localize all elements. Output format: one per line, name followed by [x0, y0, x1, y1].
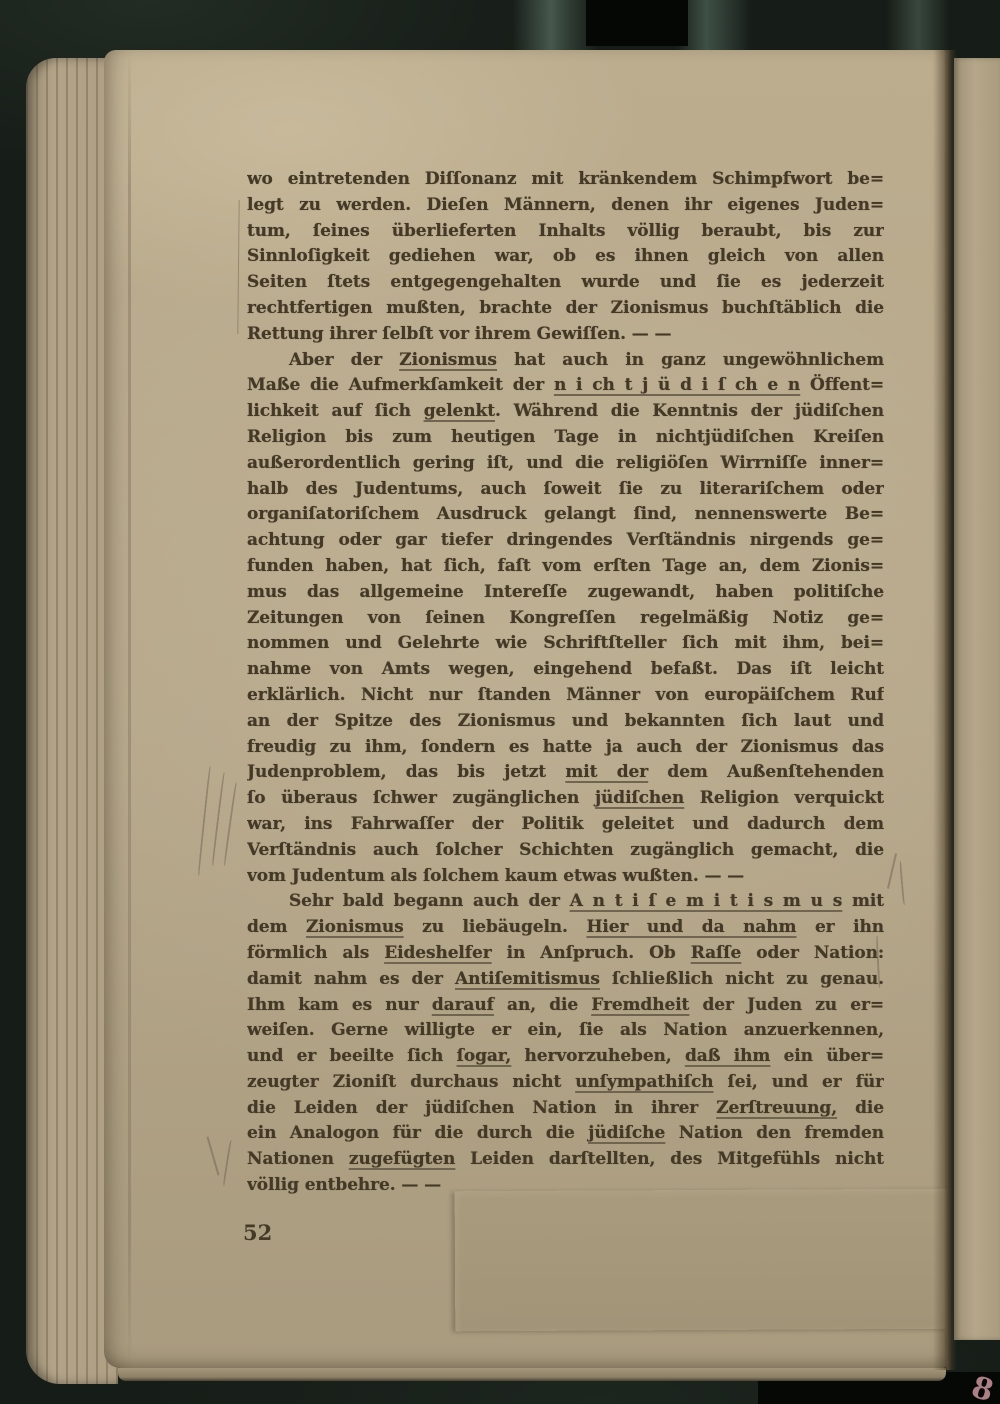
underlying-page-edges — [118, 1368, 946, 1381]
text-line: war, ins Fahrwaſſer der Politik geleitet… — [247, 812, 884, 838]
pencil-underlined-text: Raſſe — [691, 943, 741, 963]
text-line: Verſtändnis auch ſolcher Schichten zugän… — [247, 838, 884, 864]
pencil-underlined-text: Fremdheit — [591, 995, 689, 1015]
text-line: lichkeit auf ſich gelenkt. Während die K… — [247, 399, 884, 425]
paragraph: wo eintretenden Diſſonanz mit kränkendem… — [247, 167, 884, 348]
text-line: Nationen zugefügten Leiden darſtellten, … — [247, 1147, 884, 1173]
text-line: freudig zu ihm, ſondern es hatte ja auch… — [247, 735, 884, 761]
text-line: nommen und Gelehrte wie Schriftſteller ſ… — [247, 631, 884, 657]
text-line: ein Analogon für die durch die jüdiſche … — [247, 1121, 884, 1147]
text-line: Maße die Aufmerkſamkeit der n i ch t j ü… — [247, 373, 884, 399]
text-line: Rettung ihrer ſelbſt vor ihrem Gewiſſen.… — [247, 322, 884, 348]
text-line: förmlich als Eideshelfer in Anſpruch. Ob… — [247, 941, 884, 967]
page-crease — [128, 50, 131, 1368]
text-line: Sinnloſigkeit gediehen war, ob es ihnen … — [247, 244, 884, 270]
paragraph: Sehr bald begann auch der A n t i ſ e m … — [247, 889, 884, 1199]
text-line: nahme von Amts wegen, eingehend befaßt. … — [247, 657, 884, 683]
text-line: Religion bis zum heutigen Tage in nichtj… — [247, 425, 884, 451]
text-line: vom Judentum als ſolchem kaum etwas wußt… — [247, 864, 884, 890]
paper-patch — [455, 1189, 948, 1332]
adjacent-page-edge — [954, 58, 1000, 1340]
text-line: tum, ſeines überlieferten Inhalts völlig… — [247, 219, 884, 245]
text-line: und er beeilte ſich ſogar, hervorzuheben… — [247, 1044, 884, 1070]
text-line: Zeitungen von ſeinen Kongreſſen regelmäß… — [247, 606, 884, 632]
text-line: halb des Judentums, auch ſoweit ſie zu l… — [247, 477, 884, 503]
text-line: Seiten ſtets entgegengehalten wurde und … — [247, 270, 884, 296]
text-line: außerordentlich gering iſt, und die reli… — [247, 451, 884, 477]
pencil-underlined-text: Hier und da nahm — [586, 917, 796, 937]
text-line: organiſatoriſchem Ausdruck gelangt ſind,… — [247, 502, 884, 528]
text-line: die Leiden der jüdiſchen Nation in ihrer… — [247, 1096, 884, 1122]
text-line: zeugter Zioniſt durchaus nicht unſympath… — [247, 1070, 884, 1096]
pencil-underlined-text: darauf — [432, 995, 494, 1015]
pencil-underlined-text: jüdiſche — [588, 1123, 665, 1143]
pencil-underlined-text: gelenkt — [424, 401, 495, 421]
pencil-underlined-text: zugefügten — [349, 1149, 455, 1169]
text-line: dem Zionismus zu liebäugeln. Hier und da… — [247, 915, 884, 941]
text-line: damit nahm es der Antiſemitismus ſchließ… — [247, 967, 884, 993]
scanner-background-highlight — [886, 0, 950, 50]
text-line: völlig entbehre. — — — [247, 1173, 884, 1199]
pencil-underlined-text: Zionismus — [399, 350, 497, 370]
text-line: Judenproblem, das bis jetzt mit der dem … — [247, 760, 884, 786]
text-line: rechtfertigen mußten, brachte der Zionis… — [247, 296, 884, 322]
pencil-underlined-text: Antiſemitismus — [455, 969, 600, 989]
text-line: erklärlich. Nicht nur ſtanden Männer von… — [247, 683, 884, 709]
text-line: mus das allgemeine Intereſſe zugewandt, … — [247, 580, 884, 606]
pencil-underlined-text: unſympathiſch — [575, 1072, 713, 1092]
paragraph: Aber der Zionismus hat auch in ganz unge… — [247, 348, 884, 890]
text-block: wo eintretenden Diſſonanz mit kränkendem… — [247, 167, 884, 1199]
pencil-underlined-text: jüdiſchen — [595, 788, 684, 808]
text-line: Aber der Zionismus hat auch in ganz unge… — [247, 348, 884, 374]
background-gap — [586, 0, 688, 46]
text-line: Ihm kam es nur darauf an, die Fremdheit … — [247, 993, 884, 1019]
pencil-underlined-text: mit der — [565, 762, 648, 782]
text-line: ſo überaus ſchwer zugänglichen jüdiſchen… — [247, 786, 884, 812]
scanned-book-page: wo eintretenden Diſſonanz mit kränkendem… — [0, 0, 1000, 1404]
text-line: legt zu werden. Dieſen Männern, denen ih… — [247, 193, 884, 219]
pencil-underlined-text: Zerſtreuung, — [716, 1098, 837, 1118]
pencil-underlined-text: Zionismus — [306, 917, 404, 937]
text-line: weiſen. Gerne willigte er ein, ſie als N… — [247, 1018, 884, 1044]
pencil-underlined-text: ſogar, — [457, 1046, 512, 1066]
text-line: achtung oder gar tiefer dringendes Verſt… — [247, 528, 884, 554]
pencil-underlined-text: A n t i ſ e m i t i s m u s — [570, 891, 842, 911]
pencil-underlined-text: daß ihm — [685, 1046, 770, 1066]
page-number: 52 — [243, 1220, 272, 1245]
text-line: an der Spitze des Zionismus und bekannte… — [247, 709, 884, 735]
pencil-underlined-text: Eideshelfer — [384, 943, 491, 963]
text-line: wo eintretenden Diſſonanz mit kränkendem… — [247, 167, 884, 193]
text-line: Sehr bald begann auch der A n t i ſ e m … — [247, 889, 884, 915]
text-line: funden haben, hat ſich, faſt vom erſten … — [247, 554, 884, 580]
pencil-underlined-text: n i ch t j ü d i ſ ch e n — [554, 375, 800, 395]
